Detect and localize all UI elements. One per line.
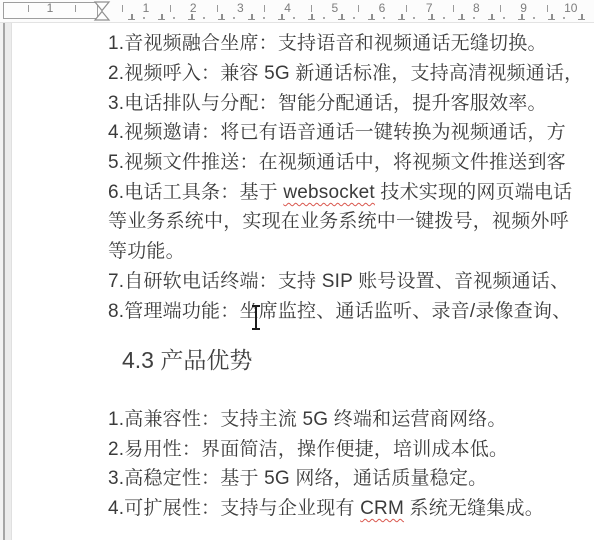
paragraph[interactable]: 等业务系统中，实现在业务系统中一键拨号，视频外呼 — [108, 209, 569, 235]
ruler-grid-mark — [488, 14, 495, 20]
ruler-tick — [358, 5, 359, 12]
paragraph[interactable]: 4.视频邀请：将已有语音通话一键转换为视频通话，方 — [108, 120, 566, 146]
ruler-grid-dot — [233, 17, 235, 19]
ruler-tick — [406, 5, 407, 12]
ruler-tick — [264, 5, 265, 12]
ruler-grid-mark — [368, 14, 375, 20]
ruler-number: 10 — [564, 1, 577, 15]
ruler-grid-dot — [563, 17, 565, 19]
paragraph[interactable]: 8.管理端功能：坐席监控、通话监听、录音/录像查询、 — [108, 299, 571, 325]
ruler-number: 5 — [331, 1, 338, 15]
ruler-number: 8 — [473, 1, 480, 15]
text-run: 4.可扩展性：支持与企业现有 — [108, 498, 360, 519]
ruler-grid-dot — [173, 17, 175, 19]
ruler-grid-mark — [518, 14, 525, 20]
ruler-number: 4 — [284, 1, 291, 15]
ruler-margin-number: 1 — [47, 1, 54, 15]
text-run: 6.电话工具条：基于 — [108, 182, 283, 203]
paragraph[interactable]: 4.可扩展性：支持与企业现有 CRM 系统无缝集成。 — [108, 496, 544, 522]
ruler-tick — [311, 5, 312, 12]
text-run: 技术实现的网页端电话 — [375, 182, 572, 203]
ruler-grid-dot — [263, 17, 265, 19]
paragraph[interactable]: 1.高兼容性：支持主流 5G 终端和运营商网络。 — [108, 407, 507, 433]
indent-marker[interactable] — [93, 1, 111, 21]
ruler-grid-dot — [533, 17, 535, 19]
ruler-tick — [217, 5, 218, 12]
paragraph[interactable]: 1.音视频融合坐席：支持语音和视频通话无缝切换。 — [108, 31, 547, 57]
document-page[interactable]: 1.音视频融合坐席：支持语音和视频通话无缝切换。 2.视频呼入：兼容 5G 新通… — [12, 22, 594, 540]
paragraph[interactable]: 等功能。 — [108, 239, 185, 265]
ruler-tick — [28, 5, 29, 12]
ruler-grid-mark — [308, 14, 315, 20]
ruler-grid-mark — [428, 14, 435, 20]
ruler-tick — [170, 5, 171, 12]
ruler-tick — [453, 5, 454, 12]
ruler-number: 7 — [426, 1, 433, 15]
misspelled-word: websocket — [283, 182, 375, 203]
ruler-grid-dot — [203, 17, 205, 19]
ruler-grid-dot — [323, 17, 325, 19]
ruler-grid-mark — [578, 14, 585, 20]
ibeam-cursor — [250, 304, 262, 331]
ruler-grid-dot — [443, 17, 445, 19]
ruler-grid-dot — [143, 17, 145, 19]
ruler-number: 3 — [237, 1, 244, 15]
paragraph[interactable]: 3.电话排队与分配：智能分配通话，提升客服效率。 — [108, 91, 547, 117]
ruler-grid-mark — [248, 14, 255, 20]
section-heading[interactable]: 4.3 产品优势 — [122, 344, 252, 376]
ruler-tick — [75, 5, 76, 12]
ruler-tick — [122, 5, 123, 12]
ruler-grid-mark — [278, 14, 285, 20]
word-processor-viewport: 112345678910 1.音视频融合坐席：支持语音和视频通话无缝切换。 2.… — [0, 0, 594, 540]
paragraph[interactable]: 7.自研软电话终端：支持 SIP 账号设置、音视频通话、 — [108, 269, 569, 295]
ruler-grid-dot — [503, 17, 505, 19]
ruler-grid-mark — [338, 14, 345, 20]
text-run: 系统无缝集成。 — [404, 498, 544, 519]
paragraph[interactable]: 2.视频呼入：兼容 5G 新通话标准，支持高清视频通话， — [108, 61, 583, 87]
misspelled-word: CRM — [360, 498, 404, 519]
ruler-tick — [547, 5, 548, 12]
ruler-number: 6 — [379, 1, 386, 15]
left-page-edge — [0, 22, 12, 540]
paragraph[interactable]: 3.高稳定性：基于 5G 网络，通话质量稳定。 — [108, 466, 487, 492]
ruler-grid-mark — [458, 14, 465, 20]
ruler-grid-dot — [353, 17, 355, 19]
ruler-grid-dot — [413, 17, 415, 19]
paragraph[interactable]: 5.视频文件推送：在视频通话中，将视频文件推送到客 — [108, 150, 566, 176]
ruler-tick — [500, 5, 501, 12]
ruler-grid-mark — [398, 14, 405, 20]
page-margin-gap — [5, 22, 12, 540]
ruler-number: 2 — [190, 1, 197, 15]
ruler-grid-dot — [383, 17, 385, 19]
ruler-grid-mark — [128, 14, 135, 20]
ruler-grid-mark — [218, 14, 225, 20]
ruler-grid-mark — [158, 14, 165, 20]
ruler-grid-dot — [473, 17, 475, 19]
horizontal-ruler[interactable]: 112345678910 — [0, 0, 594, 23]
ruler-number: 1 — [143, 1, 150, 15]
ruler-grid-mark — [548, 14, 555, 20]
ruler-grid-dot — [293, 17, 295, 19]
paragraph[interactable]: 6.电话工具条：基于 websocket 技术实现的网页端电话 — [108, 180, 572, 206]
ruler-grid-mark — [188, 14, 195, 20]
paragraph[interactable]: 2.易用性：界面简洁，操作便捷，培训成本低。 — [108, 437, 508, 463]
ruler-number: 9 — [520, 1, 527, 15]
